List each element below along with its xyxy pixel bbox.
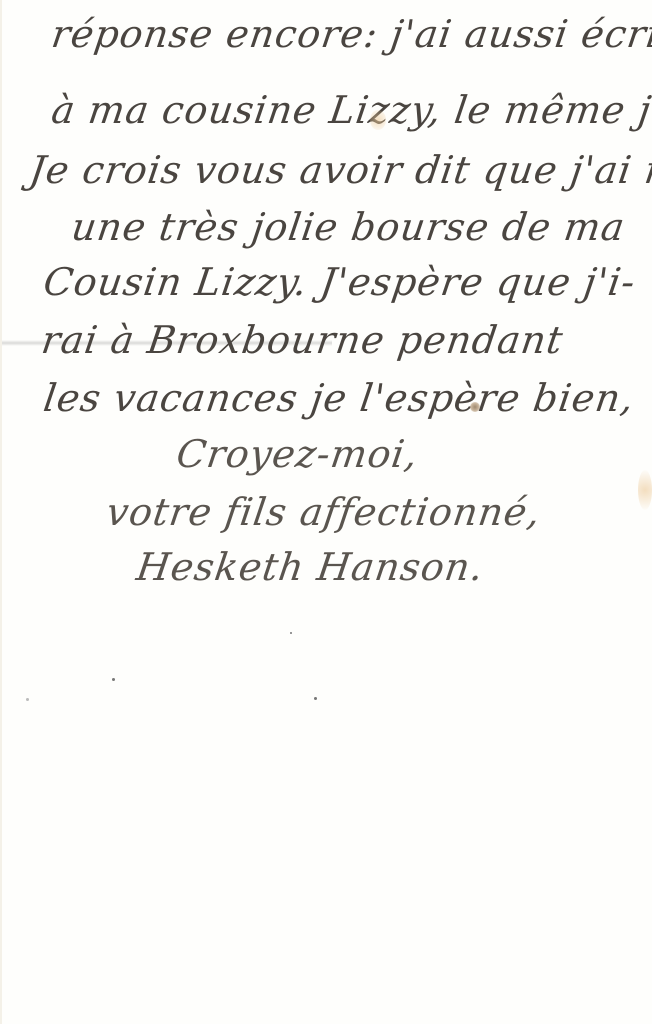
signature: Hesketh Hanson. [134,545,487,589]
edge-stain [638,470,652,510]
paper-speck [26,698,29,701]
letter-line-5: Cousin Lizzy. J'espère que j'i- [41,260,639,304]
valediction: Croyez-moi, [174,432,421,476]
letter-line-7: les vacances je l'espère bien, [41,376,637,420]
ink-blot [470,402,480,412]
letter-line-2: à ma cousine Lizzy, le même jour [49,88,652,132]
letter-line-3: Je crois vous avoir dit que j'ai reçu [27,148,652,192]
paper-speck [112,678,115,681]
paper-stain [370,110,386,130]
paper-speck [290,632,292,634]
letter-page: réponse encore: j'ai aussi écris à ma co… [0,0,652,1024]
letter-line-6: rai à Broxbourne pendant [39,318,566,362]
paper-speck [314,697,317,700]
letter-line-1: réponse encore: j'ai aussi écris [49,12,652,56]
letter-line-4: une très jolie bourse de ma [69,205,628,249]
closing-phrase: votre fils affectionné, [104,490,544,534]
